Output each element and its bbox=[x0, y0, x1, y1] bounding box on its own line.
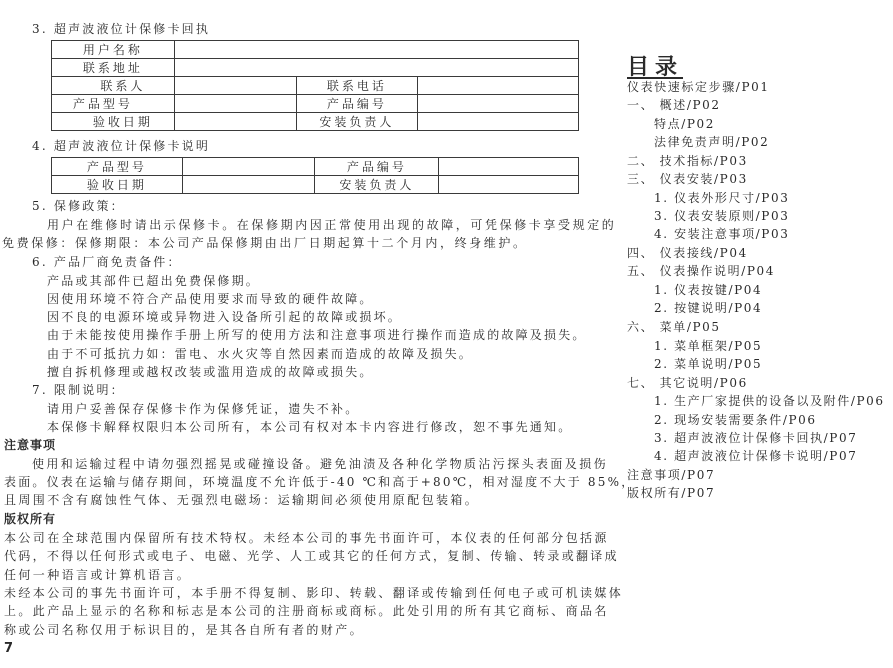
cell-value-address bbox=[174, 59, 578, 77]
toc-item[interactable]: 六、 菜单/P05 bbox=[627, 318, 721, 335]
section5-paragraph-line: 免费保修：保修期限：本公司产品保修期由出厂日期起算十二个月内，终身维护。 bbox=[2, 235, 528, 251]
copyright-paragraph-line: 本公司在全球范围内保留所有技术特权。未经本公司的事先书面许可，本仪表的任何部分包… bbox=[4, 530, 609, 546]
cell-label: 用户名称 bbox=[52, 41, 175, 59]
section7-title: 7. 限制说明： bbox=[32, 382, 125, 398]
copyright-paragraph-line: 未经本公司的事先书面许可，本手册不得复制、影印、转载、翻译或传输到任何电子或可机… bbox=[4, 585, 623, 601]
section5-paragraph-line: 用户在维修时请出示保修卡。在保修期内因正常使用出现的故障，可凭保修卡享受规定的 bbox=[47, 217, 616, 233]
table-row: 产品型号 产品编号 bbox=[52, 95, 579, 113]
toc-item[interactable]: 版权所有/P07 bbox=[627, 484, 715, 501]
toc-item[interactable]: 1. 仪表外形尺寸/P03 bbox=[654, 189, 789, 206]
toc-item[interactable]: 注意事项/P07 bbox=[627, 466, 715, 483]
toc-item[interactable]: 2. 按键说明/P04 bbox=[654, 299, 762, 316]
cell-value-acceptance-date bbox=[182, 176, 315, 194]
warranty-card-table: 产品型号 产品编号 验收日期 安装负责人 bbox=[51, 157, 579, 194]
cell-value-acceptance-date bbox=[174, 113, 296, 131]
toc-item[interactable]: 1. 菜单框架/P05 bbox=[654, 337, 762, 354]
toc-item[interactable]: 2. 菜单说明/P05 bbox=[654, 355, 762, 372]
page-number: 7 bbox=[4, 641, 13, 656]
notice-heading: 注意事项 bbox=[4, 437, 56, 453]
toc-item[interactable]: 五、 仪表操作说明/P04 bbox=[627, 262, 775, 279]
cell-value-installer bbox=[439, 176, 579, 194]
cell-value-serial bbox=[418, 95, 579, 113]
cell-value-phone bbox=[418, 77, 579, 95]
cell-label: 产品型号 bbox=[52, 95, 175, 113]
notice-paragraph-line: 使用和运输过程中请勿强烈摇晃或碰撞设备。避免油渍及各种化学物质沾污探头表面及损伤 bbox=[32, 456, 608, 472]
cell-value-model bbox=[174, 95, 296, 113]
table-row: 用户名称 bbox=[52, 41, 579, 59]
section5-title: 5. 保修政策： bbox=[32, 198, 125, 214]
cell-value-model bbox=[182, 158, 315, 176]
section3-title: 3. 超声波液位计保修卡回执 bbox=[32, 21, 210, 37]
toc-item[interactable]: 1. 生产厂家提供的设备以及附件/P06 bbox=[654, 392, 885, 409]
toc-item[interactable]: 3. 仪表安装原则/P03 bbox=[654, 207, 789, 224]
cell-label: 联系电话 bbox=[296, 77, 418, 95]
exclusion-item: 因使用环境不符合产品使用要求而导致的硬件故障。 bbox=[47, 291, 374, 307]
toc-item[interactable]: 一、 概述/P02 bbox=[627, 96, 721, 113]
notice-paragraph-line: 且周围不含有腐蚀性气体、无强烈电磁场：运输期间必须使用原配包装箱。 bbox=[4, 492, 479, 508]
cell-label: 安装负责人 bbox=[296, 113, 418, 131]
table-row: 验收日期 安装负责人 bbox=[52, 176, 579, 194]
cell-label: 产品编号 bbox=[315, 158, 439, 176]
cell-value-serial bbox=[439, 158, 579, 176]
copyright-paragraph-line: 代码，不得以任何形式或电子、电磁、光学、人工或其它的任何方式，复制、传输、转录或… bbox=[4, 548, 619, 564]
toc-item[interactable]: 3. 超声波液位计保修卡回执/P07 bbox=[654, 429, 857, 446]
exclusion-item: 由于未能按使用操作手册上所写的使用方法和注意事项进行操作而造成的故障及损失。 bbox=[47, 327, 587, 343]
cell-value-contact bbox=[174, 77, 296, 95]
section6-title: 6. 产品厂商免责备件： bbox=[32, 254, 182, 270]
cell-label: 联系人 bbox=[52, 77, 175, 95]
exclusion-item: 产品或其部件已超出免费保修期。 bbox=[47, 273, 260, 289]
section4-title: 4. 超声波液位计保修卡说明 bbox=[32, 138, 210, 154]
cell-label: 产品型号 bbox=[52, 158, 183, 176]
limitation-item: 请用户妥善保存保修卡作为保修凭证，遗失不补。 bbox=[47, 401, 359, 417]
toc-item[interactable]: 三、 仪表安装/P03 bbox=[627, 170, 748, 187]
toc-item[interactable]: 七、 其它说明/P06 bbox=[627, 374, 748, 391]
cell-label: 联系地址 bbox=[52, 59, 175, 77]
warranty-receipt-table: 用户名称 联系地址 联系人 联系电话 产品型号 产品编号 验收日期 安装负责人 bbox=[51, 40, 579, 131]
toc-item[interactable]: 2. 现场安装需要条件/P06 bbox=[654, 411, 817, 428]
exclusion-item: 因不良的电源环境或异物进入设备所引起的故障或损坏。 bbox=[47, 309, 402, 325]
cell-label: 验收日期 bbox=[52, 176, 183, 194]
copyright-heading: 版权所有 bbox=[4, 511, 56, 527]
cell-label: 产品编号 bbox=[296, 95, 418, 113]
cell-value-user-name bbox=[174, 41, 578, 59]
copyright-paragraph-line: 上。此产品上显示的名称和标志是本公司的注册商标或商标。此处引用的所有其它商标、商… bbox=[4, 603, 609, 619]
notice-paragraph-line: 表面。仪表在运输与储存期间，环境温度不允许低于-40 ℃和高于+80℃，相对湿度… bbox=[4, 474, 635, 490]
toc-item[interactable]: 4. 安装注意事项/P03 bbox=[654, 225, 789, 242]
table-row: 联系人 联系电话 bbox=[52, 77, 579, 95]
exclusion-item: 由于不可抵抗力如：雷电、水火灾等自然因素而造成的故障及损失。 bbox=[47, 346, 473, 362]
table-row: 验收日期 安装负责人 bbox=[52, 113, 579, 131]
toc-item[interactable]: 四、 仪表接线/P04 bbox=[627, 244, 748, 261]
toc-item[interactable]: 二、 技术指标/P03 bbox=[627, 152, 748, 169]
toc-item[interactable]: 仪表快速标定步骤/P01 bbox=[627, 78, 770, 95]
toc-item[interactable]: 4. 超声波液位计保修卡说明/P07 bbox=[654, 447, 857, 464]
copyright-paragraph-line: 称或公司名称仅用于标识目的，是其各自所有者的财产。 bbox=[4, 622, 364, 638]
limitation-item: 本保修卡解释权限归本公司所有，本公司有权对本卡内容进行修改，恕不事先通知。 bbox=[47, 419, 572, 435]
table-row: 联系地址 bbox=[52, 59, 579, 77]
toc-item[interactable]: 1. 仪表按键/P04 bbox=[654, 281, 762, 298]
copyright-paragraph-line: 任何一种语言或计算机语言。 bbox=[4, 567, 191, 583]
cell-value-installer bbox=[418, 113, 579, 131]
toc-item[interactable]: 法律免责声明/P02 bbox=[654, 133, 769, 150]
cell-label: 安装负责人 bbox=[315, 176, 439, 194]
cell-label: 验收日期 bbox=[52, 113, 175, 131]
toc-title: 目录 bbox=[627, 50, 683, 81]
table-row: 产品型号 产品编号 bbox=[52, 158, 579, 176]
exclusion-item: 擅自拆机修理或越权改装或滥用造成的故障或损失。 bbox=[47, 364, 374, 380]
toc-item[interactable]: 特点/P02 bbox=[654, 115, 715, 132]
